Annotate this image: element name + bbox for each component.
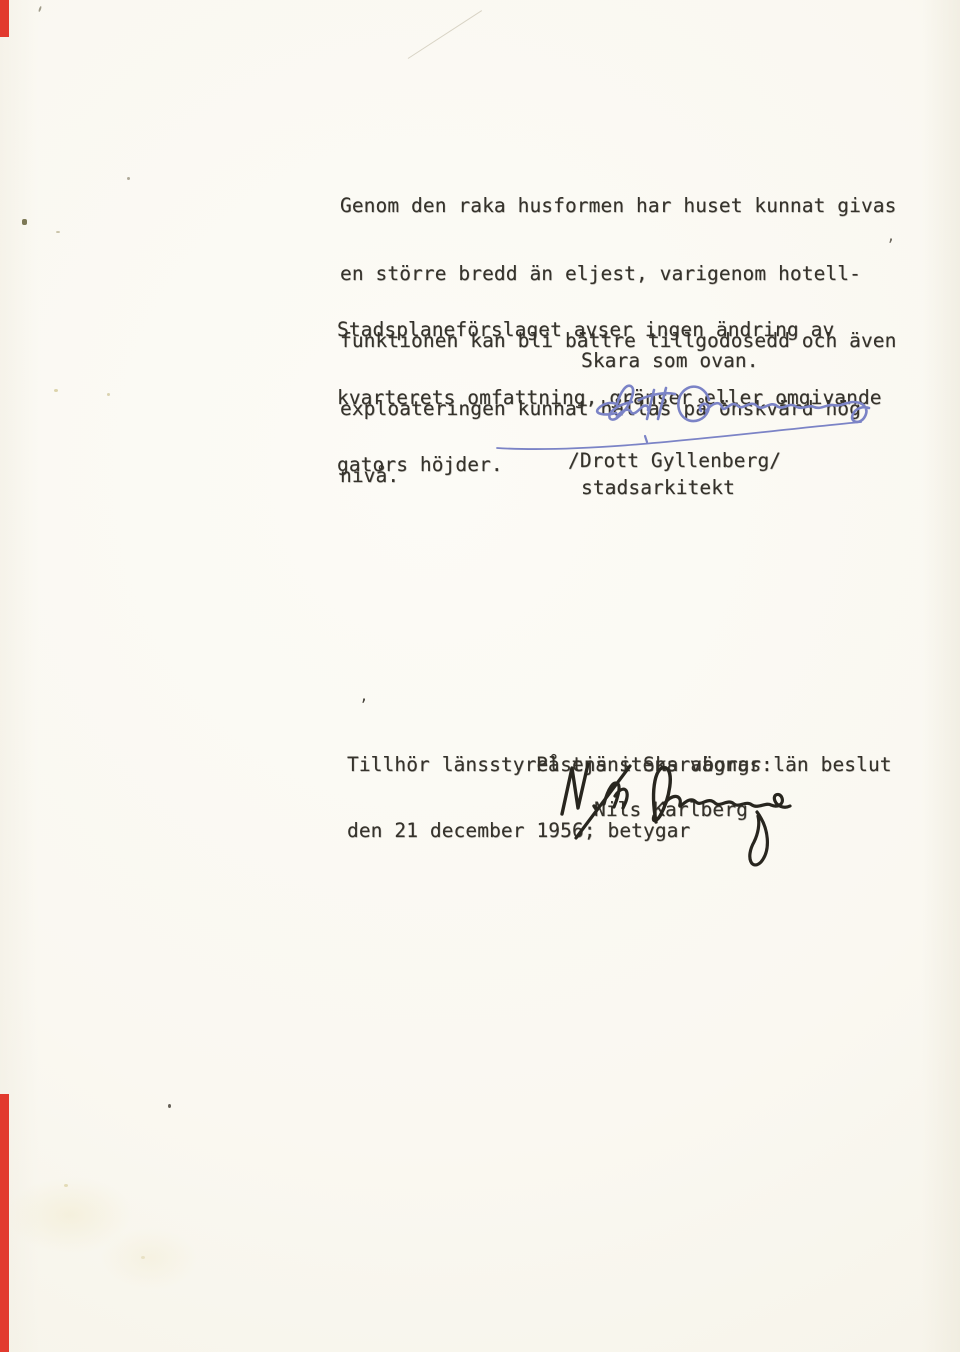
drott-gyllenberg-handwritten-signature (445, 372, 885, 457)
architect-title: stadsarkitekt (581, 477, 735, 500)
paper-crease (408, 10, 482, 59)
paper-speck (107, 393, 110, 396)
paper-dot (168, 1104, 171, 1108)
architect-typed-name: /Drott Gyllenberg/ (568, 450, 781, 473)
paper-speck (22, 219, 27, 225)
paper-speck (141, 1256, 145, 1259)
paper-speck (127, 177, 130, 180)
left-edge-red-mark-top (0, 0, 9, 37)
paper-speck (64, 1184, 68, 1187)
paper-speck (38, 6, 42, 12)
place-line: Skara som ovan. (581, 350, 759, 373)
scanned-document-page: ’ ’ Genom den raka husformen har huset k… (0, 0, 960, 1352)
text-line: Stadsplaneförslaget avser ingen ändring … (337, 319, 882, 342)
paper-speck (54, 389, 58, 392)
paper-speck (56, 231, 60, 233)
text-line: Genom den raka husformen har huset kunna… (340, 195, 896, 218)
left-edge-red-mark-bottom (0, 1094, 9, 1352)
nils-karlberg-handwritten-signature (552, 752, 817, 877)
